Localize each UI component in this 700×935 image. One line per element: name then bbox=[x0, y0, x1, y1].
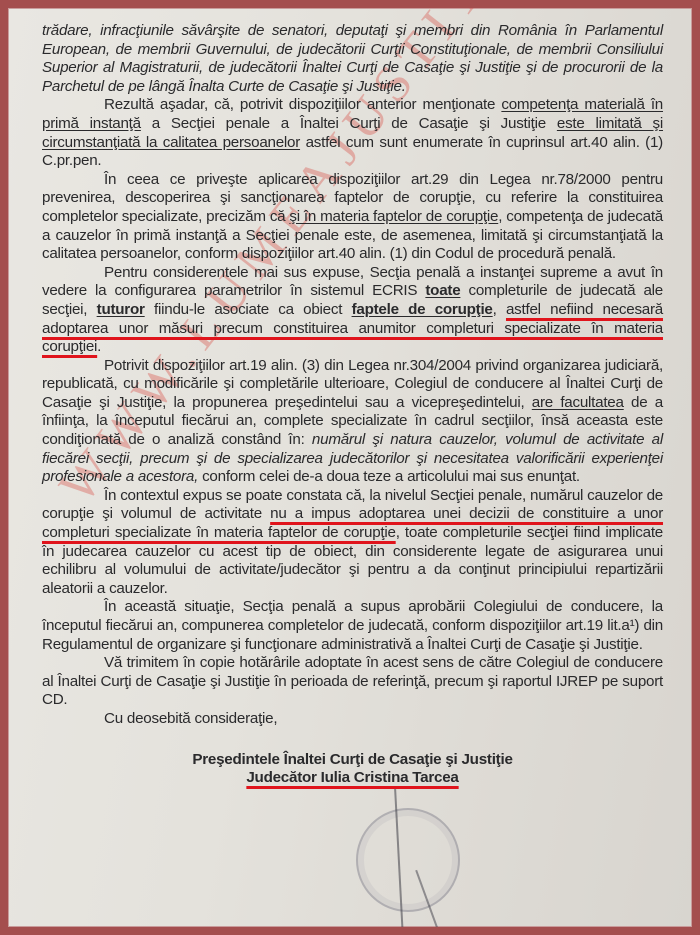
p4-bold-faptele: faptele de corupţie bbox=[352, 301, 493, 318]
paragraph-3: În ceea ce priveşte aplicarea dispoziţii… bbox=[42, 171, 663, 264]
p2-text: a Secţiei penale a Înaltei Curţi de Casa… bbox=[141, 115, 557, 132]
paragraph-2: Rezultă aşadar, că, potrivit dispoziţiil… bbox=[42, 96, 663, 170]
p4-bold-tuturor: tuturor bbox=[97, 301, 145, 318]
p4-text: , bbox=[493, 301, 506, 318]
paragraph-8: Vă trimitem în copie hotărârile adoptate… bbox=[42, 654, 663, 710]
p3-underlined-corruption: şi în materia faptelor de corupţie bbox=[289, 208, 498, 225]
p2-text: Rezultă aşadar, că, potrivit dispoziţiil… bbox=[104, 96, 501, 113]
document-body: trădare, infracţiunile săvârşite de sena… bbox=[42, 22, 663, 788]
p4-bold-toate: toate bbox=[425, 282, 460, 299]
paragraph-6: În contextul expus se poate constata că,… bbox=[42, 487, 663, 599]
signatory-name-line: Judecător Iulia Cristina Tarcea bbox=[42, 769, 663, 788]
p4-text: fiindu-le asociate ca obiect bbox=[145, 301, 352, 318]
paragraph-5: Potrivit dispoziţiilor art.19 alin. (3) … bbox=[42, 357, 663, 487]
p4-text: . bbox=[97, 338, 101, 355]
image-frame: WWW.LUMEAJUSTITIEI.RO trădare, infracţiu… bbox=[0, 0, 700, 935]
paragraph-7: În această situaţie, Secţia penală a sup… bbox=[42, 598, 663, 654]
official-stamp bbox=[356, 808, 460, 912]
p5-underlined-facultatea: are facultatea bbox=[532, 394, 624, 411]
document-page: WWW.LUMEAJUSTITIEI.RO trădare, infracţiu… bbox=[8, 8, 692, 927]
closing-salutation: Cu deosebită consideraţie, bbox=[42, 710, 663, 729]
p5-text: conform celei de-a doua teze a articolul… bbox=[198, 468, 580, 485]
signatory-title: Preşedintele Înaltei Curţi de Casaţie şi… bbox=[42, 751, 663, 770]
signatory-name: Judecător Iulia Cristina Tarcea bbox=[246, 769, 458, 786]
paragraph-4: Pentru considerentele mai sus expuse, Se… bbox=[42, 264, 663, 357]
paragraph-1: trădare, infracţiunile săvârşite de sena… bbox=[42, 22, 663, 96]
